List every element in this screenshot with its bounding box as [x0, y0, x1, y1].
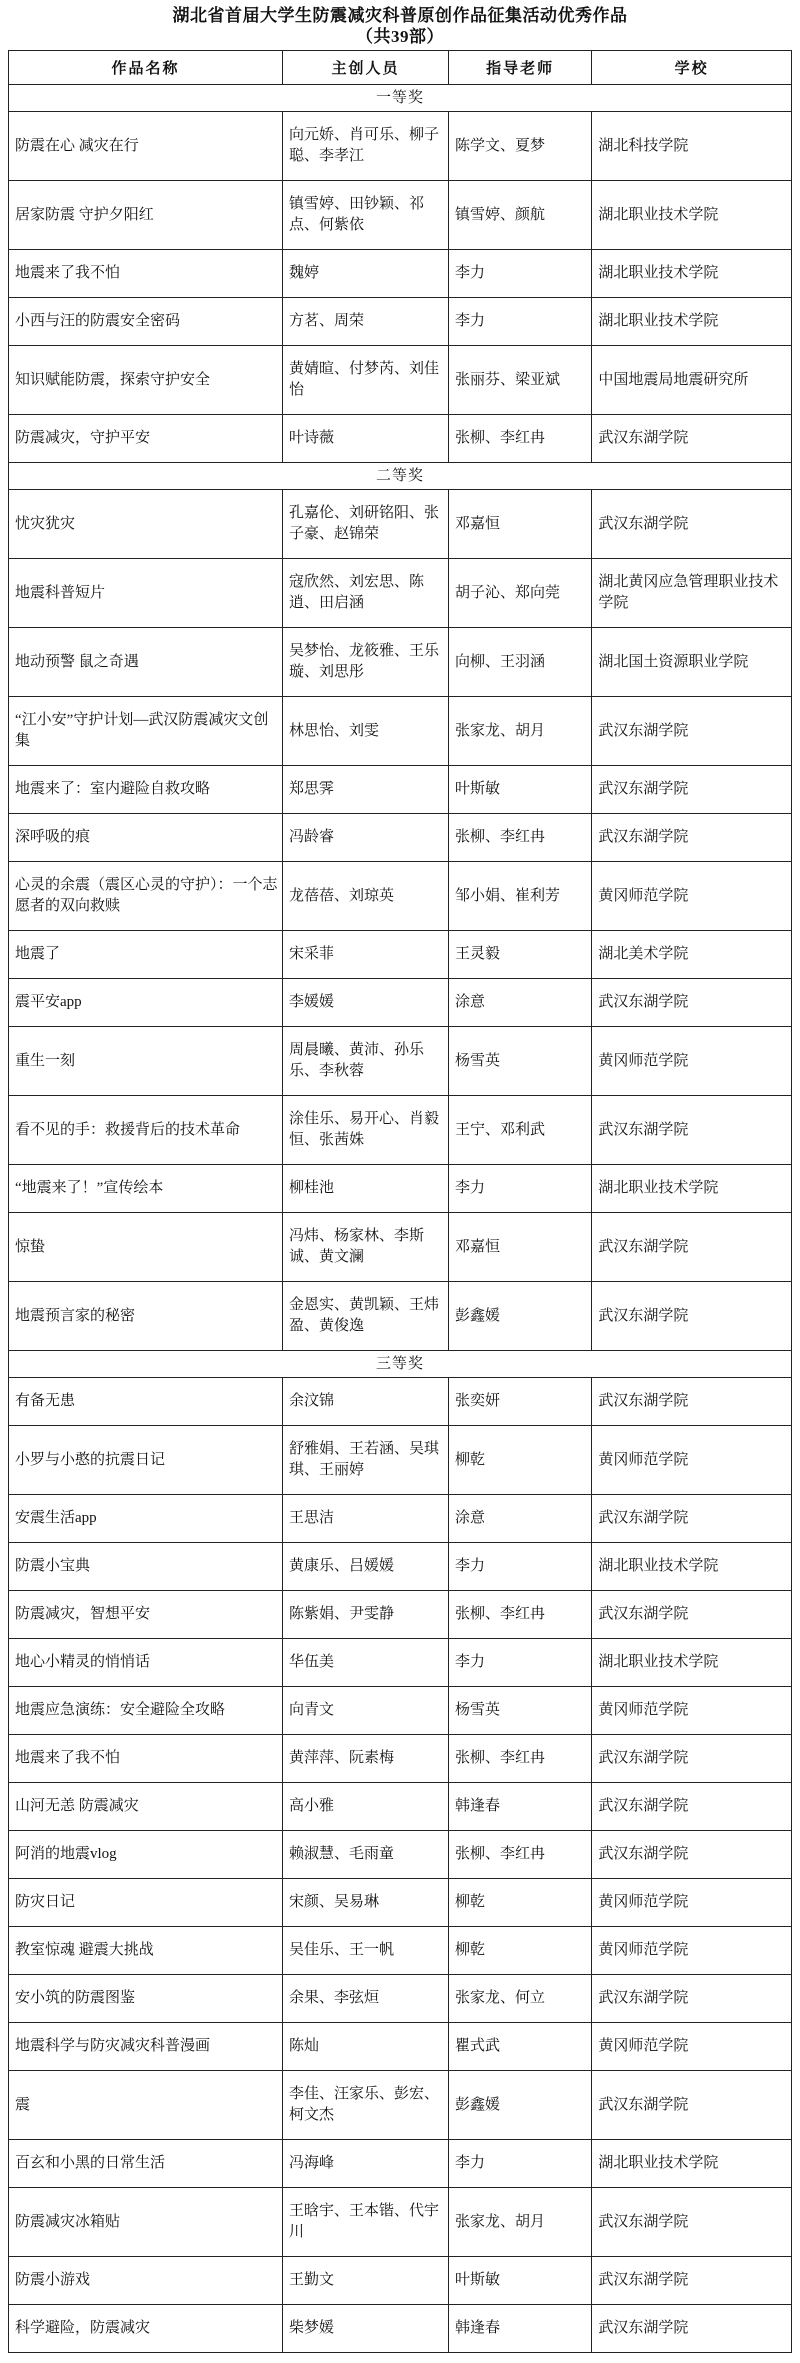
header-row: 作品名称 主创人员 指导老师 学校: [9, 51, 792, 85]
work-name-cell: 防震减灾，智想平安: [9, 1591, 283, 1639]
school-cell: 湖北黄冈应急管理职业技术学院: [592, 559, 792, 628]
work-name-cell: 震: [9, 2071, 283, 2140]
creators-cell: 周晨曦、黄沛、孙乐乐、李秋蓉: [283, 1027, 449, 1096]
table-row: “地震来了！”宣传绘本柳桂池李力湖北职业技术学院: [9, 1165, 792, 1213]
table-row: 防震在心 减灾在行向元娇、肖可乐、柳子聪、李孝江陈学文、夏梦湖北科技学院: [9, 112, 792, 181]
teachers-cell: 张柳、李红冉: [449, 415, 592, 463]
table-row: 震平安app李媛媛涂意武汉东湖学院: [9, 979, 792, 1027]
table-row: 小西与汪的防震安全密码方茗、周荣李力湖北职业技术学院: [9, 298, 792, 346]
school-cell: 武汉东湖学院: [592, 1282, 792, 1351]
teachers-cell: 杨雪英: [449, 1027, 592, 1096]
teachers-cell: 张家龙、胡月: [449, 697, 592, 766]
work-name-cell: 知识赋能防震，探索守护安全: [9, 346, 283, 415]
teachers-cell: 王灵毅: [449, 931, 592, 979]
creators-cell: 王勤文: [283, 2257, 449, 2305]
teachers-cell: 邹小娟、崔利芳: [449, 862, 592, 931]
creators-cell: 冯龄睿: [283, 814, 449, 862]
creators-cell: 孔嘉伦、刘研铭阳、张子豪、赵锦荣: [283, 490, 449, 559]
creators-cell: 涂佳乐、易开心、肖毅恒、张茜姝: [283, 1096, 449, 1165]
teachers-cell: 镇雪婷、颜航: [449, 181, 592, 250]
work-name-cell: 防灾日记: [9, 1879, 283, 1927]
table-row: 有备无患余汶锦张奕妍武汉东湖学院: [9, 1378, 792, 1426]
work-name-cell: 地震预言家的秘密: [9, 1282, 283, 1351]
creators-cell: 黄婧暄、付梦芮、刘佳怡: [283, 346, 449, 415]
teachers-cell: 张家龙、胡月: [449, 2188, 592, 2257]
creators-cell: 李佳、汪家乐、彭宏、柯文杰: [283, 2071, 449, 2140]
school-cell: 武汉东湖学院: [592, 2257, 792, 2305]
school-cell: 武汉东湖学院: [592, 1591, 792, 1639]
table-row: 震李佳、汪家乐、彭宏、柯文杰彭鑫媛武汉东湖学院: [9, 2071, 792, 2140]
table-row: 阿消的地震vlog赖淑慧、毛雨童张柳、李红冉武汉东湖学院: [9, 1831, 792, 1879]
teachers-cell: 涂意: [449, 979, 592, 1027]
work-name-cell: 防震减灾冰箱贴: [9, 2188, 283, 2257]
work-name-cell: 百玄和小黑的日常生活: [9, 2140, 283, 2188]
table-row: 防震减灾冰箱贴王晗宇、王本锴、代宇川张家龙、胡月武汉东湖学院: [9, 2188, 792, 2257]
teachers-cell: 邓嘉恒: [449, 1213, 592, 1282]
table-row: 科学避险，防震减灾柴梦媛韩逢春武汉东湖学院: [9, 2305, 792, 2353]
work-name-cell: “江小安”守护计划—武汉防震减灾文创集: [9, 697, 283, 766]
creators-cell: 龙蓓蓓、刘琼英: [283, 862, 449, 931]
school-cell: 武汉东湖学院: [592, 1495, 792, 1543]
school-cell: 武汉东湖学院: [592, 415, 792, 463]
table-row: 安震生活app王思洁涂意武汉东湖学院: [9, 1495, 792, 1543]
table-row: 深呼吸的痕冯龄睿张柳、李红冉武汉东湖学院: [9, 814, 792, 862]
school-cell: 武汉东湖学院: [592, 1735, 792, 1783]
creators-cell: 吴佳乐、王一帆: [283, 1927, 449, 1975]
creators-cell: 李媛媛: [283, 979, 449, 1027]
school-cell: 武汉东湖学院: [592, 697, 792, 766]
table-row: 防震减灾，智想平安陈紫娟、尹雯静张柳、李红冉武汉东湖学院: [9, 1591, 792, 1639]
work-name-cell: 地动预警 鼠之奇遇: [9, 628, 283, 697]
table-row: 地震来了我不怕魏婷李力湖北职业技术学院: [9, 250, 792, 298]
table-row: 居家防震 守护夕阳红镇雪婷、田钞颖、祁点、何紫依镇雪婷、颜航湖北职业技术学院: [9, 181, 792, 250]
creators-cell: 向元娇、肖可乐、柳子聪、李孝江: [283, 112, 449, 181]
work-name-cell: 地震应急演练：安全避险全攻略: [9, 1687, 283, 1735]
table-row: “江小安”守护计划—武汉防震减灾文创集林思怡、刘雯张家龙、胡月武汉东湖学院: [9, 697, 792, 766]
section-label: 三等奖: [9, 1351, 792, 1378]
school-cell: 湖北职业技术学院: [592, 1543, 792, 1591]
school-cell: 湖北美术学院: [592, 931, 792, 979]
teachers-cell: 柳乾: [449, 1927, 592, 1975]
table-row: 地震科学与防灾减灾科普漫画陈灿瞿式武黄冈师范学院: [9, 2023, 792, 2071]
school-cell: 武汉东湖学院: [592, 1975, 792, 2023]
teachers-cell: 张柳、李红冉: [449, 814, 592, 862]
creators-cell: 叶诗薇: [283, 415, 449, 463]
school-cell: 武汉东湖学院: [592, 1783, 792, 1831]
teachers-cell: 韩逢春: [449, 2305, 592, 2353]
school-cell: 武汉东湖学院: [592, 1213, 792, 1282]
teachers-cell: 柳乾: [449, 1426, 592, 1495]
table-body: 一等奖防震在心 减灾在行向元娇、肖可乐、柳子聪、李孝江陈学文、夏梦湖北科技学院居…: [9, 85, 792, 2353]
school-cell: 武汉东湖学院: [592, 1831, 792, 1879]
school-cell: 黄冈师范学院: [592, 1879, 792, 1927]
creators-cell: 魏婷: [283, 250, 449, 298]
work-name-cell: “地震来了！”宣传绘本: [9, 1165, 283, 1213]
creators-cell: 林思怡、刘雯: [283, 697, 449, 766]
teachers-cell: 韩逢春: [449, 1783, 592, 1831]
work-name-cell: 居家防震 守护夕阳红: [9, 181, 283, 250]
creators-cell: 冯炜、杨家林、李斯诚、黄文澜: [283, 1213, 449, 1282]
work-name-cell: 防震小游戏: [9, 2257, 283, 2305]
teachers-cell: 彭鑫媛: [449, 2071, 592, 2140]
creators-cell: 镇雪婷、田钞颖、祁点、何紫依: [283, 181, 449, 250]
creators-cell: 宋颜、吴易琳: [283, 1879, 449, 1927]
creators-cell: 黄萍萍、阮素梅: [283, 1735, 449, 1783]
page-title: 湖北省首届大学生防震减灾科普原创作品征集活动优秀作品 （共39部）: [8, 5, 792, 47]
work-name-cell: 防震在心 减灾在行: [9, 112, 283, 181]
work-name-cell: 地震科学与防灾减灾科普漫画: [9, 2023, 283, 2071]
school-cell: 武汉东湖学院: [592, 2071, 792, 2140]
table-row: 防震减灾，守护平安叶诗薇张柳、李红冉武汉东湖学院: [9, 415, 792, 463]
school-cell: 武汉东湖学院: [592, 2188, 792, 2257]
table-row: 心灵的余震（震区心灵的守护）：一个志愿者的双向救赎龙蓓蓓、刘琼英邹小娟、崔利芳黄…: [9, 862, 792, 931]
teachers-cell: 叶斯敏: [449, 2257, 592, 2305]
work-name-cell: 地震了: [9, 931, 283, 979]
work-name-cell: 地震来了我不怕: [9, 250, 283, 298]
work-name-cell: 科学避险，防震减灾: [9, 2305, 283, 2353]
teachers-cell: 邓嘉恒: [449, 490, 592, 559]
teachers-cell: 张奕妍: [449, 1378, 592, 1426]
work-name-cell: 心灵的余震（震区心灵的守护）：一个志愿者的双向救赎: [9, 862, 283, 931]
work-name-cell: 震平安app: [9, 979, 283, 1027]
creators-cell: 寇欣然、刘宏思、陈逍、田启涵: [283, 559, 449, 628]
column-header-school: 学校: [592, 51, 792, 85]
school-cell: 武汉东湖学院: [592, 979, 792, 1027]
school-cell: 武汉东湖学院: [592, 766, 792, 814]
table-row: 看不见的手：救援背后的技术革命涂佳乐、易开心、肖毅恒、张茜姝王宁、邓利武武汉东湖…: [9, 1096, 792, 1165]
section-label: 二等奖: [9, 463, 792, 490]
creators-cell: 王思洁: [283, 1495, 449, 1543]
teachers-cell: 李力: [449, 250, 592, 298]
page-title-line2: （共39部）: [356, 27, 444, 46]
teachers-cell: 李力: [449, 298, 592, 346]
table-row: 地心小精灵的悄悄话华伍美李力湖北职业技术学院: [9, 1639, 792, 1687]
teachers-cell: 王宁、邓利武: [449, 1096, 592, 1165]
teachers-cell: 瞿式武: [449, 2023, 592, 2071]
table-row: 重生一刻周晨曦、黄沛、孙乐乐、李秋蓉杨雪英黄冈师范学院: [9, 1027, 792, 1096]
table-row: 教室惊魂 避震大挑战吴佳乐、王一帆柳乾黄冈师范学院: [9, 1927, 792, 1975]
work-name-cell: 防震减灾，守护平安: [9, 415, 283, 463]
school-cell: 黄冈师范学院: [592, 1426, 792, 1495]
table-row: 地震应急演练：安全避险全攻略向青文杨雪英黄冈师范学院: [9, 1687, 792, 1735]
table-row: 惊蛰冯炜、杨家林、李斯诚、黄文澜邓嘉恒武汉东湖学院: [9, 1213, 792, 1282]
creators-cell: 陈灿: [283, 2023, 449, 2071]
column-header-work-name: 作品名称: [9, 51, 283, 85]
section-row: 三等奖: [9, 1351, 792, 1378]
table-row: 地震了宋采菲王灵毅湖北美术学院: [9, 931, 792, 979]
school-cell: 湖北科技学院: [592, 112, 792, 181]
school-cell: 黄冈师范学院: [592, 1687, 792, 1735]
school-cell: 湖北职业技术学院: [592, 298, 792, 346]
teachers-cell: 李力: [449, 1543, 592, 1591]
school-cell: 湖北职业技术学院: [592, 2140, 792, 2188]
teachers-cell: 叶斯敏: [449, 766, 592, 814]
column-header-creators: 主创人员: [283, 51, 449, 85]
table-row: 防灾日记宋颜、吴易琳柳乾黄冈师范学院: [9, 1879, 792, 1927]
teachers-cell: 李力: [449, 1639, 592, 1687]
school-cell: 黄冈师范学院: [592, 862, 792, 931]
teachers-cell: 涂意: [449, 1495, 592, 1543]
school-cell: 武汉东湖学院: [592, 490, 792, 559]
table-row: 安小筑的防震图鉴余果、李弦烜张家龙、何立武汉东湖学院: [9, 1975, 792, 2023]
school-cell: 黄冈师范学院: [592, 1927, 792, 1975]
school-cell: 武汉东湖学院: [592, 2305, 792, 2353]
work-name-cell: 地震来了：室内避险自救攻略: [9, 766, 283, 814]
school-cell: 湖北国土资源职业学院: [592, 628, 792, 697]
work-name-cell: 深呼吸的痕: [9, 814, 283, 862]
section-label: 一等奖: [9, 85, 792, 112]
teachers-cell: 张家龙、何立: [449, 1975, 592, 2023]
teachers-cell: 杨雪英: [449, 1687, 592, 1735]
creators-cell: 金恩实、黄凯颖、王炜盈、黄俊逸: [283, 1282, 449, 1351]
teachers-cell: 张丽芬、梁亚斌: [449, 346, 592, 415]
teachers-cell: 张柳、李红冉: [449, 1591, 592, 1639]
work-name-cell: 重生一刻: [9, 1027, 283, 1096]
table-row: 忧灾犹灾孔嘉伦、刘研铭阳、张子豪、赵锦荣邓嘉恒武汉东湖学院: [9, 490, 792, 559]
work-name-cell: 有备无患: [9, 1378, 283, 1426]
work-name-cell: 教室惊魂 避震大挑战: [9, 1927, 283, 1975]
work-name-cell: 山河无恙 防震减灾: [9, 1783, 283, 1831]
creators-cell: 柳桂池: [283, 1165, 449, 1213]
creators-cell: 冯海峰: [283, 2140, 449, 2188]
page-title-line1: 湖北省首届大学生防震减灾科普原创作品征集活动优秀作品: [173, 6, 628, 25]
creators-cell: 舒雅娟、王若涵、吴琪琪、王丽婷: [283, 1426, 449, 1495]
table-row: 地震来了我不怕黄萍萍、阮素梅张柳、李红冉武汉东湖学院: [9, 1735, 792, 1783]
work-name-cell: 安震生活app: [9, 1495, 283, 1543]
creators-cell: 高小雅: [283, 1783, 449, 1831]
teachers-cell: 陈学文、夏梦: [449, 112, 592, 181]
creators-cell: 陈紫娟、尹雯静: [283, 1591, 449, 1639]
creators-cell: 余汶锦: [283, 1378, 449, 1426]
creators-cell: 王晗宇、王本锴、代宇川: [283, 2188, 449, 2257]
work-name-cell: 小罗与小憨的抗震日记: [9, 1426, 283, 1495]
creators-cell: 华伍美: [283, 1639, 449, 1687]
work-name-cell: 地心小精灵的悄悄话: [9, 1639, 283, 1687]
work-name-cell: 惊蛰: [9, 1213, 283, 1282]
school-cell: 中国地震局地震研究所: [592, 346, 792, 415]
table-row: 地震预言家的秘密金恩实、黄凯颖、王炜盈、黄俊逸彭鑫媛武汉东湖学院: [9, 1282, 792, 1351]
work-name-cell: 地震科普短片: [9, 559, 283, 628]
school-cell: 黄冈师范学院: [592, 2023, 792, 2071]
section-row: 一等奖: [9, 85, 792, 112]
document-page: 湖北省首届大学生防震减灾科普原创作品征集活动优秀作品 （共39部） 作品名称 主…: [0, 0, 800, 2363]
table-row: 防震小宝典黄康乐、吕媛媛李力湖北职业技术学院: [9, 1543, 792, 1591]
creators-cell: 余果、李弦烜: [283, 1975, 449, 2023]
school-cell: 黄冈师范学院: [592, 1027, 792, 1096]
work-name-cell: 地震来了我不怕: [9, 1735, 283, 1783]
teachers-cell: 向柳、王羽涵: [449, 628, 592, 697]
creators-cell: 方茗、周荣: [283, 298, 449, 346]
school-cell: 武汉东湖学院: [592, 1378, 792, 1426]
teachers-cell: 李力: [449, 1165, 592, 1213]
creators-cell: 黄康乐、吕媛媛: [283, 1543, 449, 1591]
school-cell: 湖北职业技术学院: [592, 181, 792, 250]
table-row: 山河无恙 防震减灾高小雅韩逢春武汉东湖学院: [9, 1783, 792, 1831]
creators-cell: 向青文: [283, 1687, 449, 1735]
work-name-cell: 防震小宝典: [9, 1543, 283, 1591]
creators-cell: 郑思霁: [283, 766, 449, 814]
school-cell: 湖北职业技术学院: [592, 1639, 792, 1687]
teachers-cell: 彭鑫媛: [449, 1282, 592, 1351]
teachers-cell: 李力: [449, 2140, 592, 2188]
table-row: 小罗与小憨的抗震日记舒雅娟、王若涵、吴琪琪、王丽婷柳乾黄冈师范学院: [9, 1426, 792, 1495]
teachers-cell: 胡子沁、郑向莞: [449, 559, 592, 628]
creators-cell: 宋采菲: [283, 931, 449, 979]
table-row: 地动预警 鼠之奇遇吴梦怡、龙筱雅、王乐璇、刘思彤向柳、王羽涵湖北国土资源职业学院: [9, 628, 792, 697]
teachers-cell: 张柳、李红冉: [449, 1735, 592, 1783]
creators-cell: 赖淑慧、毛雨童: [283, 1831, 449, 1879]
awards-table: 作品名称 主创人员 指导老师 学校 一等奖防震在心 减灾在行向元娇、肖可乐、柳子…: [8, 50, 792, 2353]
school-cell: 湖北职业技术学院: [592, 250, 792, 298]
work-name-cell: 安小筑的防震图鉴: [9, 1975, 283, 2023]
section-row: 二等奖: [9, 463, 792, 490]
creators-cell: 吴梦怡、龙筱雅、王乐璇、刘思彤: [283, 628, 449, 697]
table-row: 百玄和小黑的日常生活冯海峰李力湖北职业技术学院: [9, 2140, 792, 2188]
table-row: 地震科普短片寇欣然、刘宏思、陈逍、田启涵胡子沁、郑向莞湖北黄冈应急管理职业技术学…: [9, 559, 792, 628]
school-cell: 武汉东湖学院: [592, 1096, 792, 1165]
teachers-cell: 张柳、李红冉: [449, 1831, 592, 1879]
table-row: 知识赋能防震，探索守护安全黄婧暄、付梦芮、刘佳怡张丽芬、梁亚斌中国地震局地震研究…: [9, 346, 792, 415]
work-name-cell: 小西与汪的防震安全密码: [9, 298, 283, 346]
table-row: 防震小游戏王勤文叶斯敏武汉东湖学院: [9, 2257, 792, 2305]
creators-cell: 柴梦媛: [283, 2305, 449, 2353]
work-name-cell: 阿消的地震vlog: [9, 1831, 283, 1879]
work-name-cell: 看不见的手：救援背后的技术革命: [9, 1096, 283, 1165]
column-header-teachers: 指导老师: [449, 51, 592, 85]
table-row: 地震来了：室内避险自救攻略郑思霁叶斯敏武汉东湖学院: [9, 766, 792, 814]
school-cell: 武汉东湖学院: [592, 814, 792, 862]
school-cell: 湖北职业技术学院: [592, 1165, 792, 1213]
work-name-cell: 忧灾犹灾: [9, 490, 283, 559]
teachers-cell: 柳乾: [449, 1879, 592, 1927]
